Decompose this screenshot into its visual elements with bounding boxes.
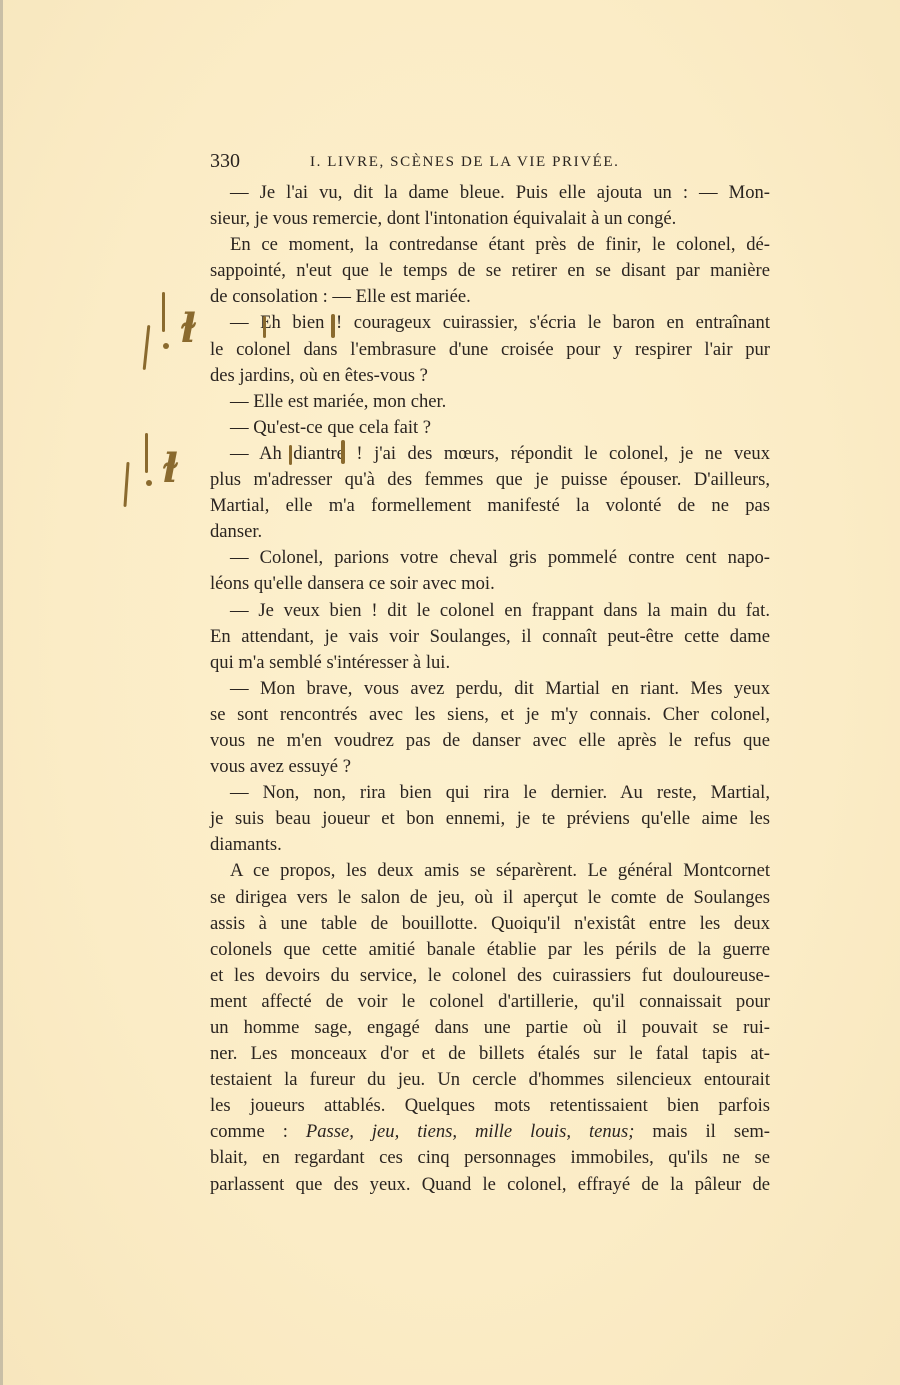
insert-caret <box>331 314 335 338</box>
text-line: sieur, je vous remercie, dont l'intonati… <box>210 206 770 232</box>
annotation-stroke <box>143 325 151 370</box>
text-line: vous avez essuyé ? <box>210 754 770 780</box>
insert-caret <box>263 316 266 338</box>
italic-phrase: Passe, jeu, tiens, mille louis, tenus; <box>306 1121 635 1142</box>
text-line: des jardins, où en êtes-vous ? <box>210 363 770 389</box>
page-number: 330 <box>210 150 240 173</box>
text-line: colonels que cette amitié banale établie… <box>210 937 770 963</box>
text-line: léons qu'elle dansera ce soir avec moi. <box>210 571 770 597</box>
annotation-dot <box>163 343 169 349</box>
text-line: je suis beau joueur et bon ennemi, je te… <box>210 806 770 832</box>
text-line: un homme sage, engagé dans une partie où… <box>210 1015 770 1041</box>
text-line: se dirigea vers le salon de jeu, où il a… <box>210 885 770 911</box>
delete-mark-icon: ɫ <box>162 445 178 492</box>
page-edge <box>0 0 3 1385</box>
annotation-stroke <box>145 433 148 473</box>
body-text: — Je l'ai vu, dit la dame bleue. Puis el… <box>210 180 770 1198</box>
text-line: testaient la fureur du jeu. Un cercle d'… <box>210 1067 770 1093</box>
delete-mark-icon: ɫ <box>180 305 196 352</box>
text-line: — Elle est mariée, mon cher. <box>210 389 770 415</box>
text-line: comme : Passe, jeu, tiens, mille louis, … <box>210 1119 770 1145</box>
text-line: qui m'a semblé s'intéresser à lui. <box>210 650 770 676</box>
text-line: de consolation : — Elle est mariée. <box>210 284 770 310</box>
text-line: et les devoirs du service, le colonel de… <box>210 963 770 989</box>
text-line: le colonel dans l'embrasure d'une croisé… <box>210 337 770 363</box>
text-line: Martial, elle m'a formellement manifesté… <box>210 493 770 519</box>
text-line: — Ah diantre ! j'ai des mœurs, répondit … <box>210 441 770 467</box>
text-line: assis à une table de bouillotte. Quoiqu'… <box>210 911 770 937</box>
text-line: danser. <box>210 519 770 545</box>
text-line: — Mon brave, vous avez perdu, dit Martia… <box>210 676 770 702</box>
text-line: — Colonel, parions votre cheval gris pom… <box>210 545 770 571</box>
annotation-stroke <box>123 462 129 507</box>
text-line: — Qu'est-ce que cela fait ? <box>210 415 770 441</box>
text-span: comme : <box>210 1121 306 1142</box>
text-line: — Je veux bien ! dit le colonel en frapp… <box>210 598 770 624</box>
text-line: blait, en regardant ces cinq personnages… <box>210 1145 770 1171</box>
text-line: diamants. <box>210 832 770 858</box>
text-line: vous ne m'en voudrez pas de danser avec … <box>210 728 770 754</box>
text-line: En attendant, je vais voir Soulanges, il… <box>210 624 770 650</box>
text-line: — Non, non, rira bien qui rira le dernie… <box>210 780 770 806</box>
text-line: sappointé, n'eut que le temps de se reti… <box>210 258 770 284</box>
text-line: — Eh bien ! courageux cuirassier, s'écri… <box>210 310 770 336</box>
text-line: A ce propos, les deux amis se séparèrent… <box>210 858 770 884</box>
text-line: En ce moment, la contredanse étant près … <box>210 232 770 258</box>
text-line: ment affecté de voir le colonel d'artill… <box>210 989 770 1015</box>
running-title: I. LIVRE, SCÈNES DE LA VIE PRIVÉE. <box>310 154 620 171</box>
insert-caret <box>341 440 345 464</box>
text-line: les joueurs attablés. Quelques mots rete… <box>210 1093 770 1119</box>
book-page: 330 I. LIVRE, SCÈNES DE LA VIE PRIVÉE. —… <box>0 0 900 1385</box>
running-header: 330 I. LIVRE, SCÈNES DE LA VIE PRIVÉE. <box>210 150 770 176</box>
text-line: plus m'adresser qu'à des femmes que je p… <box>210 467 770 493</box>
insert-caret <box>289 445 292 465</box>
text-line: parlassent que des yeux. Quand le colone… <box>210 1172 770 1198</box>
text-line: ner. Les monceaux d'or et de billets éta… <box>210 1041 770 1067</box>
annotation-stroke <box>162 292 165 332</box>
text-line: se sont rencontrés avec les siens, et je… <box>210 702 770 728</box>
text-line: — Je l'ai vu, dit la dame bleue. Puis el… <box>210 180 770 206</box>
text-span: mais il sem- <box>634 1121 770 1142</box>
annotation-dot <box>146 480 152 486</box>
